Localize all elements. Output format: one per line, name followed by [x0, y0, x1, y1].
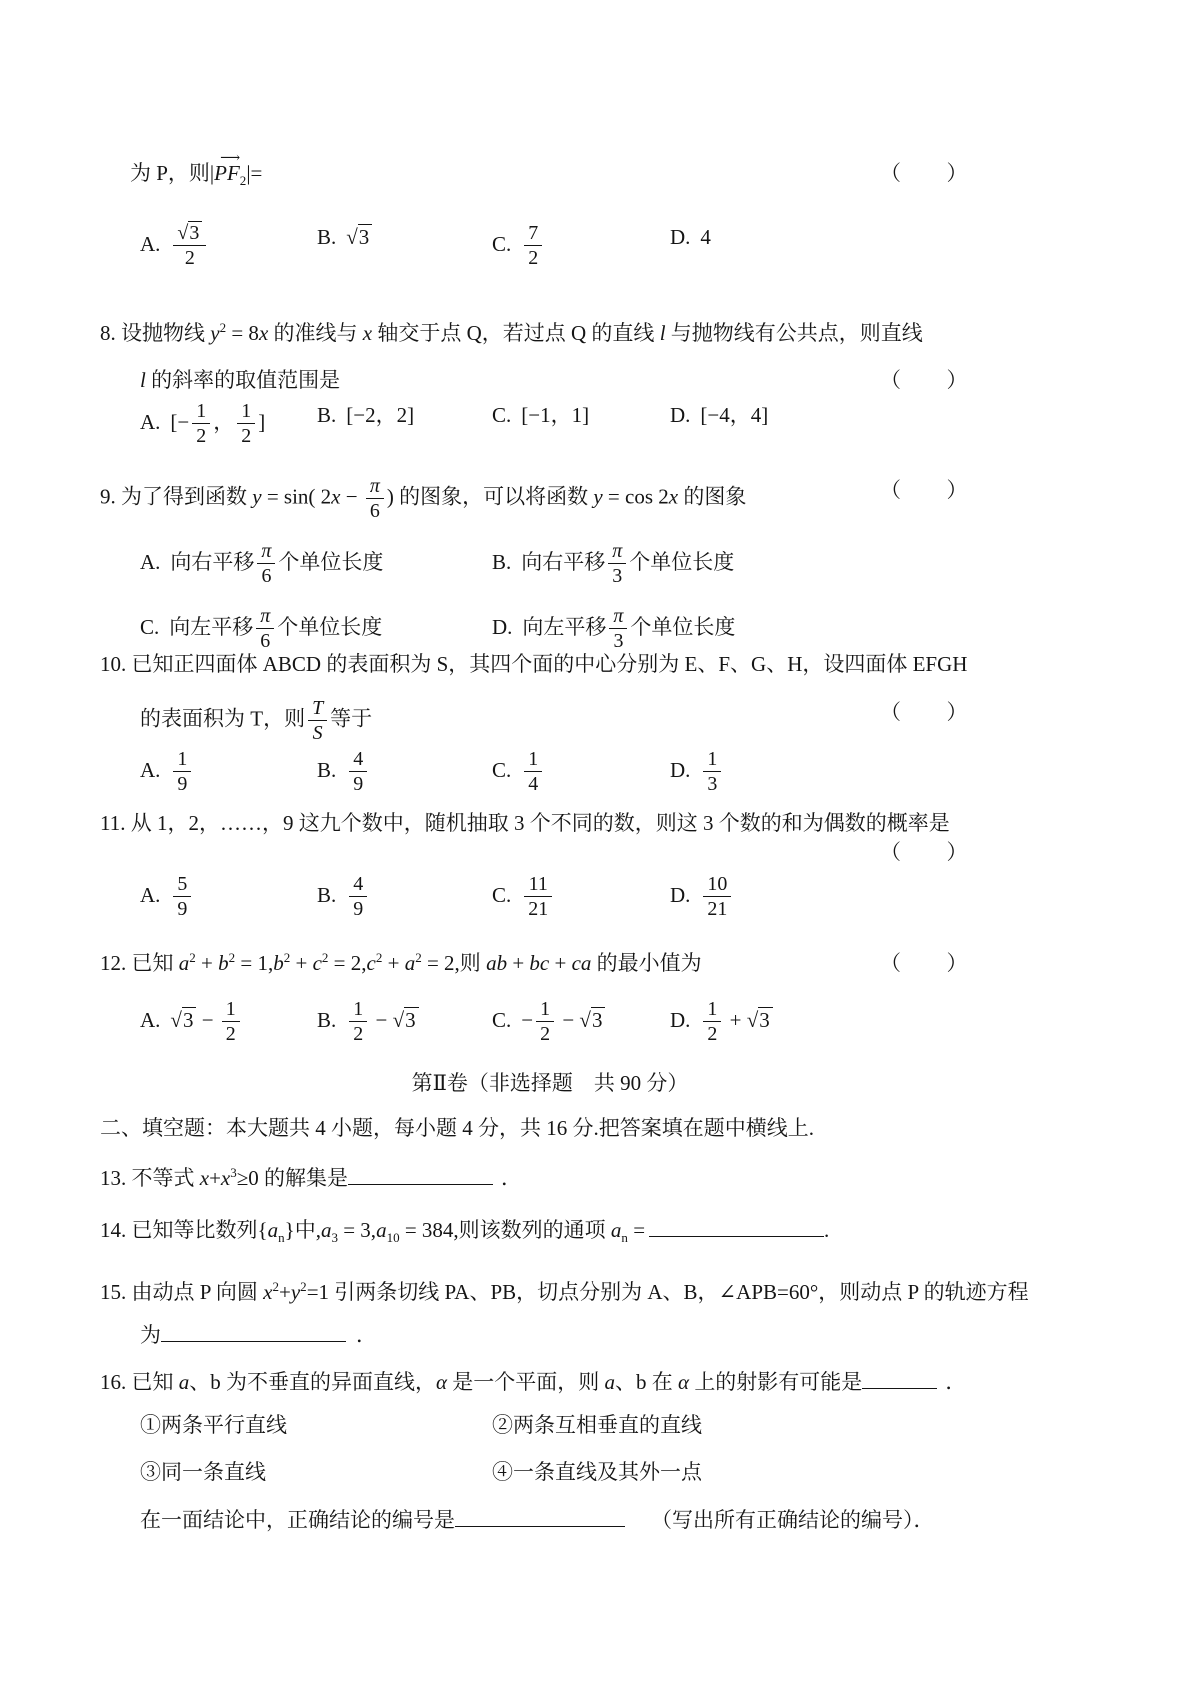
- option-label: C.: [492, 883, 511, 907]
- q9-option-a: A.向右平移π6个单位长度: [140, 540, 383, 588]
- option-label: B.: [317, 1008, 336, 1032]
- option-math: 向右平移π6个单位长度: [170, 550, 383, 574]
- option-math: 4: [700, 225, 711, 249]
- option-label: B.: [317, 883, 336, 907]
- q11-option-a: A.59: [140, 873, 194, 921]
- option-math: 49: [346, 758, 370, 782]
- q13-text: 13. 不等式 x+x3≥0 的解集是: [100, 1166, 348, 1190]
- q15-text: 为: [140, 1323, 161, 1347]
- option-math: [−1，1]: [521, 403, 589, 427]
- q11-options: A.59 B.49 C.1121 D.1021: [140, 873, 1100, 903]
- option-math: 向左平移π3个单位长度: [522, 615, 735, 639]
- option-math: 19: [170, 758, 194, 782]
- option-math: 59: [170, 883, 194, 907]
- q7-options: A.√32 B.√3 C.72 D.4: [140, 222, 1100, 252]
- option-label: D.: [670, 1008, 690, 1032]
- blank-line: [161, 1340, 346, 1342]
- q16-item-3: ③同一条直线: [140, 1457, 266, 1487]
- option-label: A.: [140, 883, 160, 907]
- option-label: C.: [492, 758, 511, 782]
- option-label: B.: [317, 225, 336, 249]
- q8-options: A.[−12，12] B.[−2，2] C.[−1，1] D.[−4，4]: [140, 400, 1100, 430]
- option-math: [−4，4]: [700, 403, 768, 427]
- q11-option-b: B.49: [317, 873, 370, 921]
- option-label: C.: [492, 1008, 511, 1032]
- option-math: −12 − √3: [521, 1008, 605, 1032]
- q12-option-a: A.√3 − 12: [140, 998, 243, 1046]
- q9-option-d: D.向左平移π3个单位长度: [492, 605, 735, 653]
- option-math: 1121: [521, 883, 555, 907]
- option-math: [−2，2]: [346, 403, 414, 427]
- q15-period: ．: [356, 1323, 377, 1347]
- q9-option-b: B.向右平移π3个单位长度: [492, 540, 734, 588]
- q9-stem: 9. 为了得到函数 y = sin( 2x − π6) 的图象，可以将函数 y …: [100, 475, 746, 523]
- q7-stem-continuation: 为 P，则|PF2|=: [130, 158, 262, 188]
- q16-final-line: 在一面结论中，正确结论的编号是（写出所有正确结论的编号）．: [140, 1505, 935, 1535]
- q16-period: ．: [945, 1370, 966, 1394]
- option-math: 12 + √3: [700, 1008, 772, 1032]
- q10-option-d: D.13: [670, 748, 724, 796]
- option-label: C.: [492, 403, 511, 427]
- q10-option-c: C.14: [492, 748, 545, 796]
- q10-stem-line2: 的表面积为 T，则TS等于: [140, 697, 372, 745]
- q16-item-1: ①两条平行直线: [140, 1410, 287, 1440]
- option-label: D.: [670, 403, 690, 427]
- q9-options-row-1: A.向右平移π6个单位长度 B.向右平移π3个单位长度: [140, 540, 1100, 570]
- q11-answer-bracket: （ ）: [880, 837, 970, 867]
- q16-stem: 16. 已知 a、b 为不垂直的异面直线，α 是一个平面，则 a、b 在 α 上…: [100, 1367, 966, 1397]
- q11-stem: 11. 从 1，2，……，9 这九个数中，随机抽取 3 个不同的数，则这 3 个…: [100, 808, 950, 838]
- q14-stem: 14. 已知等比数列{an}中,a3 = 3,a10 = 384,则该数列的通项…: [100, 1215, 829, 1245]
- option-math: 12 − √3: [346, 1008, 418, 1032]
- q12-options: A.√3 − 12 B.12 − √3 C.−12 − √3 D.12 + √3: [140, 998, 1100, 1028]
- q8-option-c: C.[−1，1]: [492, 400, 589, 430]
- q12-option-c: C.−12 − √3: [492, 998, 605, 1046]
- q11-option-d: D.1021: [670, 873, 734, 921]
- fill-in-section-header: 二、填空题：本大题共 4 小题，每小题 4 分，共 16 分.把答案填在题中横线…: [100, 1113, 814, 1143]
- q8-stem-line2: l 的斜率的取值范围是: [140, 365, 340, 395]
- option-label: A.: [140, 232, 160, 256]
- q12-option-d: D.12 + √3: [670, 998, 773, 1046]
- blank-line: [649, 1235, 824, 1237]
- option-label: B.: [317, 758, 336, 782]
- blank-line: [862, 1387, 937, 1389]
- q10-option-b: B.49: [317, 748, 370, 796]
- q13-period: ．: [501, 1166, 522, 1190]
- q12-stem: 12. 已知 a2 + b2 = 1,b2 + c2 = 2,c2 + a2 =…: [100, 948, 702, 978]
- q16-items-row-1: ①两条平行直线 ②两条互相垂直的直线: [140, 1410, 1100, 1440]
- blank-line: [348, 1183, 493, 1185]
- option-label: D.: [492, 615, 512, 639]
- q8-option-a: A.[−12，12]: [140, 400, 265, 448]
- q7-option-d: D.4: [670, 222, 711, 252]
- option-math: [−12，12]: [170, 410, 265, 434]
- q16-final-note: （写出所有正确结论的编号）．: [651, 1508, 935, 1532]
- q12-option-b: B.12 − √3: [317, 998, 419, 1046]
- q11-option-c: C.1121: [492, 873, 555, 921]
- q9-options-row-2: C.向左平移π6个单位长度 D.向左平移π3个单位长度: [140, 605, 1100, 635]
- q10-option-a: A.19: [140, 748, 194, 796]
- q16-final-text: 在一面结论中，正确结论的编号是: [140, 1508, 455, 1532]
- q16-text: 16. 已知 a、b 为不垂直的异面直线，α 是一个平面，则 a、b 在 α 上…: [100, 1370, 862, 1394]
- option-label: A.: [140, 550, 160, 574]
- q15-stem-line1: 15. 由动点 P 向圆 x2+y2=1 引两条切线 PA、PB，切点分别为 A…: [100, 1277, 1029, 1307]
- q14-text: 14. 已知等比数列{an}中,a3 = 3,a10 = 384,则该数列的通项…: [100, 1218, 645, 1242]
- option-math: 向右平移π3个单位长度: [521, 550, 734, 574]
- q16-item-2: ②两条互相垂直的直线: [492, 1410, 702, 1440]
- q15-stem-line2: 为．: [140, 1320, 377, 1350]
- option-math: 49: [346, 883, 370, 907]
- section-ii-title: 第Ⅱ卷（非选择题 共 90 分）: [0, 1068, 1100, 1098]
- option-label: D.: [670, 883, 690, 907]
- exam-paper-page: 为 P，则|PF2|= （ ） A.√32 B.√3 C.72 D.4 8. 设…: [0, 0, 1200, 1698]
- q7-option-b: B.√3: [317, 222, 372, 252]
- q16-items-row-2: ③同一条直线 ④一条直线及其外一点: [140, 1457, 1100, 1487]
- blank-line: [455, 1525, 625, 1527]
- option-math: 14: [521, 758, 545, 782]
- q8-option-b: B.[−2，2]: [317, 400, 414, 430]
- option-label: C.: [140, 615, 159, 639]
- option-math: √3: [346, 224, 372, 249]
- option-math: √32: [170, 232, 209, 256]
- option-label: A.: [140, 410, 160, 434]
- q7-option-c: C.72: [492, 222, 545, 270]
- option-label: D.: [670, 225, 690, 249]
- q9-option-c: C.向左平移π6个单位长度: [140, 605, 382, 653]
- q7-answer-bracket: （ ）: [880, 158, 970, 188]
- q10-stem-line1: 10. 已知正四面体 ABCD 的表面积为 S，其四个面的中心分别为 E、F、G…: [100, 649, 967, 679]
- q7-option-a: A.√32: [140, 222, 209, 270]
- q8-stem-line1: 8. 设抛物线 y2 = 8x 的准线与 x 轴交于点 Q，若过点 Q 的直线 …: [100, 318, 923, 348]
- q9-answer-bracket: （ ）: [880, 475, 970, 505]
- option-math: 1021: [700, 883, 734, 907]
- option-label: A.: [140, 1008, 160, 1032]
- q13-stem: 13. 不等式 x+x3≥0 的解集是．: [100, 1163, 522, 1193]
- q14-period: .: [824, 1218, 829, 1242]
- option-label: B.: [492, 550, 511, 574]
- option-label: A.: [140, 758, 160, 782]
- option-label: D.: [670, 758, 690, 782]
- option-math: 向左平移π6个单位长度: [169, 615, 382, 639]
- option-label: B.: [317, 403, 336, 427]
- option-math: 13: [700, 758, 724, 782]
- q16-item-4: ④一条直线及其外一点: [492, 1457, 702, 1487]
- q8-answer-bracket: （ ）: [880, 365, 970, 395]
- q10-options: A.19 B.49 C.14 D.13: [140, 748, 1100, 778]
- option-math: √3 − 12: [170, 1008, 242, 1032]
- q10-answer-bracket: （ ）: [880, 697, 970, 727]
- q8-option-d: D.[−4，4]: [670, 400, 768, 430]
- option-label: C.: [492, 232, 511, 256]
- option-math: 72: [521, 232, 545, 256]
- q12-answer-bracket: （ ）: [880, 948, 970, 978]
